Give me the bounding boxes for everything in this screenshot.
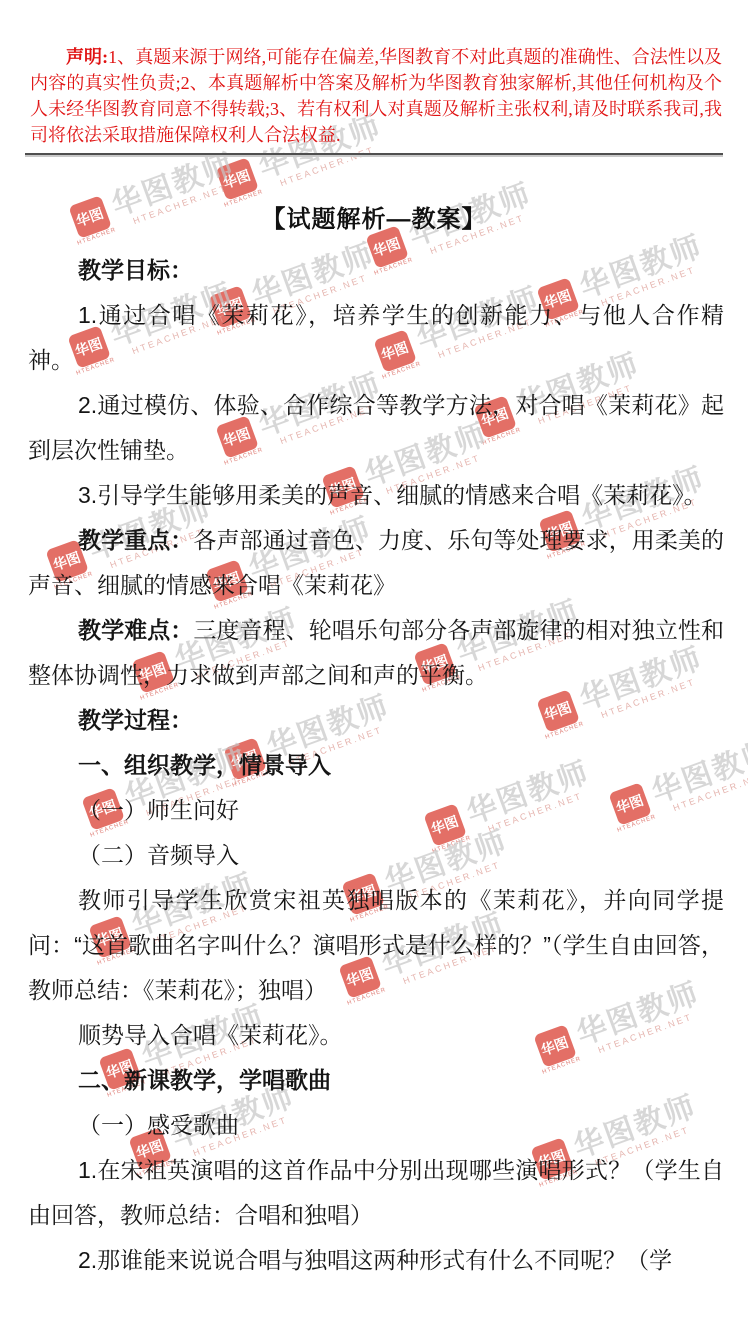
paragraph: 二、新课教学，学唱歌曲 [28,1058,724,1103]
text-run: 1.在宋祖英演唱的这首作品中分别出现哪些演唱形式？（学生自由回答，教师总结：合唱… [28,1157,724,1228]
paragraph: 顺势导入合唱《茉莉花》。 [28,1013,724,1058]
paragraph: 教学过程： [28,698,724,743]
text-run: 顺势导入合唱《茉莉花》。 [78,1022,343,1048]
paragraph: 教师引导学生欣赏宋祖英独唱版本的《茉莉花》，并向同学提问：“这首歌曲名字叫什么？… [28,878,724,1013]
paragraph: 2.那谁能来说说合唱与独唱这两种形式有什么不同呢？（学 [28,1238,724,1283]
document-page: 华图HTEACHER华图教师HTEACHER.NET华图HTEACHER华图教师… [0,0,748,1335]
text-run: 2.那谁能来说说合唱与独唱这两种形式有什么不同呢？（学 [78,1247,672,1273]
text-run: 3.引导学生能够用柔美的声音、细腻的情感来合唱《茉莉花》。 [78,482,707,508]
text-run: （一）感受歌曲 [78,1112,239,1138]
page-title: 【试题解析—教案】 [0,199,748,234]
section-divider [25,153,723,155]
paragraph: 教学难点：三度音程、轮唱乐句部分各声部旋律的相对独立性和整体协调性，力求做到声部… [28,608,724,698]
paragraph: 教学目标： [28,248,724,293]
text-run: （二）音频导入 [78,842,239,868]
text-run: 教学过程： [78,707,193,733]
document-body: 教学目标：1.通过合唱《茉莉花》，培养学生的创新能力、与他人合作精神。2.通过模… [28,248,724,1283]
text-run: 教学难点： [78,617,193,643]
text-run: 一、组织教学，情景导入 [78,752,331,778]
disclaimer-label: 声明: [66,47,108,67]
paragraph: （一）感受歌曲 [28,1103,724,1148]
text-run: 教师引导学生欣赏宋祖英独唱版本的《茉莉花》，并向同学提问：“这首歌曲名字叫什么？… [28,887,724,1003]
disclaimer-text: 声明:1、真题来源于网络,可能存在偏差,华图教育不对此真题的准确性、合法性以及内… [30,44,722,148]
text-run: 2.通过模仿、体验、合作综合等教学方法，对合唱《茉莉花》起到层次性铺垫。 [28,392,724,463]
disclaimer-body: 1、真题来源于网络,可能存在偏差,华图教育不对此真题的准确性、合法性以及内容的真… [30,47,722,145]
paragraph: （一）师生问好 [28,788,724,833]
text-run: 教学目标： [78,257,193,283]
paragraph: 教学重点：各声部通过音色、力度、乐句等处理要求，用柔美的声音、细腻的情感来合唱《… [28,518,724,608]
text-run: （一）师生问好 [78,797,239,823]
paragraph: （二）音频导入 [28,833,724,878]
text-run: 1.通过合唱《茉莉花》，培养学生的创新能力、与他人合作精神。 [28,302,724,373]
paragraph: 1.通过合唱《茉莉花》，培养学生的创新能力、与他人合作精神。 [28,293,724,383]
text-run: 二、新课教学，学唱歌曲 [78,1067,331,1093]
text-run: 教学重点： [78,527,193,553]
document-content: 声明:1、真题来源于网络,可能存在偏差,华图教育不对此真题的准确性、合法性以及内… [0,44,748,1283]
paragraph: 一、组织教学，情景导入 [28,743,724,788]
paragraph: 2.通过模仿、体验、合作综合等教学方法，对合唱《茉莉花》起到层次性铺垫。 [28,383,724,473]
paragraph: 1.在宋祖英演唱的这首作品中分别出现哪些演唱形式？（学生自由回答，教师总结：合唱… [28,1148,724,1238]
paragraph: 3.引导学生能够用柔美的声音、细腻的情感来合唱《茉莉花》。 [28,473,724,518]
